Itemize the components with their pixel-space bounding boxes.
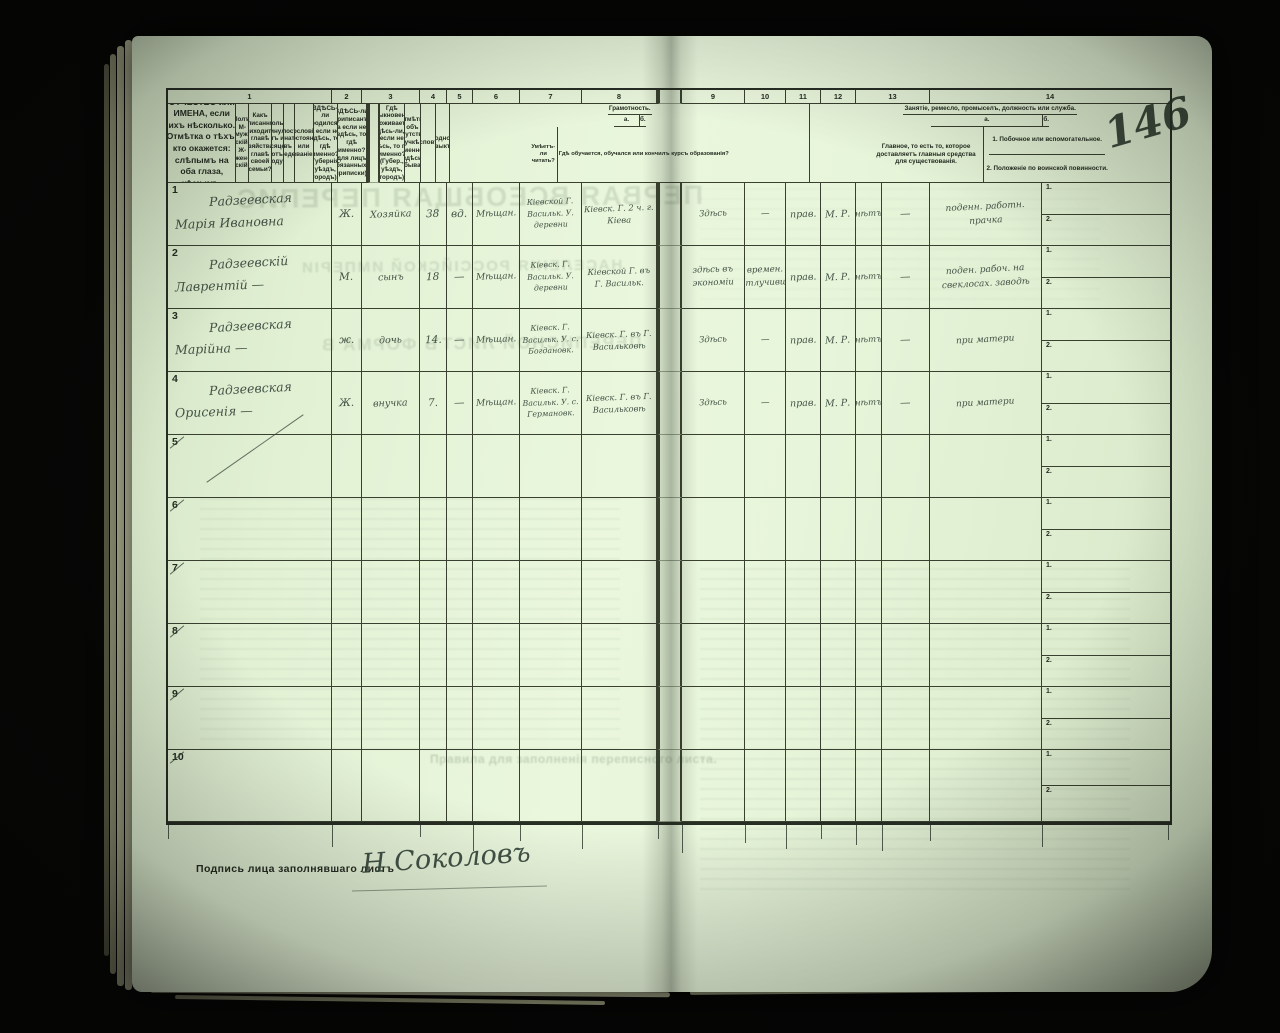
age-cell: 7. [420,372,447,435]
residence-cell [682,687,745,750]
registration-cell: Кіевск. Г. въ Г. Васильковѣ [582,309,658,372]
given-name: Марія Ивановна [175,213,284,232]
side-label-1: 1. [1046,751,1052,758]
row-number: 2 [172,247,178,259]
column-tick [168,825,169,839]
occupation-b-label: б. [1043,115,1049,126]
sex-cell: Ж. [332,183,362,246]
side-label-1: 1. [1046,436,1052,443]
literacy-school-cell: — [882,246,930,309]
estate-cell [473,687,520,750]
column-tick [582,825,583,849]
birthplace-cell [520,498,582,561]
literacy-read-cell [856,561,882,624]
name-cell: 1 Радзеевская Марія Ивановна [168,183,332,246]
header-name-column: ФАМИЛІЯ (прозвище), ИМЯ и ОТЧЕСТВО или И… [168,104,236,183]
given-name: Орисенія — [175,403,253,421]
marital-cell [447,624,473,687]
registration-cell [582,498,658,561]
column-tick [821,825,822,839]
residence-cell [682,435,745,498]
column-number: 1 [168,90,332,104]
occupation-main-cell [930,498,1042,561]
column-number: 11 [786,90,821,104]
name-cell: 6 [168,498,332,561]
header-sex-column: Полъ. М-муж-скій. Ж-жен-скій. [236,104,249,183]
absence-cell [745,750,786,822]
registration-cell: Кіевск. Г. въ Г. Васильковѣ [582,372,658,435]
religion-cell: прав. [786,246,821,309]
side-label-2: 2. [1046,468,1052,475]
religion-cell [786,435,821,498]
literacy-school-cell [882,498,930,561]
literacy-read-cell [856,498,882,561]
registration-cell: Кіевск. Г. 2 ч. г. Кіева [582,183,658,246]
table-row: 6 1. 2. [168,498,1170,561]
column-tick [658,825,659,839]
table-row: 7 1. 2. [168,561,1170,624]
column-number-row: 1 2 3 4 5 6 7 8 9 10 11 12 13 14 [168,90,1170,104]
fold-gap [658,309,682,372]
estate-cell: Мѣщан. [473,183,520,246]
marital-cell [447,435,473,498]
absence-cell: — [745,309,786,372]
side-label-1: 1. [1046,247,1052,254]
column-tick [882,825,883,851]
language-cell [821,687,856,750]
relation-cell: сынъ [362,246,420,309]
occupation-main-cell [930,687,1042,750]
occupation-side-cell: 1. 2. [1042,687,1170,750]
relation-cell [362,435,420,498]
literacy-title: Грамотность. [608,104,652,115]
surname: Радзеевскій [209,253,289,272]
fold-gap [658,750,682,822]
literacy-school-cell [882,435,930,498]
language-cell: М. Р. [821,309,856,372]
side-label-2: 2. [1046,342,1052,349]
marital-cell: вд. [447,183,473,246]
language-cell [821,435,856,498]
literacy-school-cell: — [882,309,930,372]
religion-cell [786,624,821,687]
table-row: 2 Радзеевскій Лаврентій — М. сынъ 18 — М… [168,246,1170,309]
relation-cell: внучка [362,372,420,435]
literacy-b-label: б. [640,115,646,126]
literacy-read-cell: нѣтъ [856,183,882,246]
residence-cell [682,561,745,624]
table-row: 8 1. 2. [168,624,1170,687]
residence-cell [682,750,745,822]
side-label-2: 2. [1046,720,1052,727]
table-rows: 1 Радзеевская Марія Ивановна Ж. Хозяйка … [168,183,1170,822]
name-cell: 5 [168,435,332,498]
name-cell: 4 Радзеевская Орисенія — [168,372,332,435]
birthplace-cell: Кіевск. Г. Васильк. У. с. Германовк. [520,372,582,435]
religion-cell: прав. [786,309,821,372]
page-stack-edge [117,46,124,986]
marital-cell: — [447,309,473,372]
header-registration-column: ЗДѢСЬ-ли приписанъ, а если не здѣсь, то … [338,104,368,183]
birthplace-cell [520,561,582,624]
registration-cell [582,750,658,822]
literacy-read-cell: нѣтъ [856,246,882,309]
occupation-side-cell: 1. 2. [1042,372,1170,435]
registration-cell [582,561,658,624]
birthplace-cell [520,435,582,498]
column-tick [745,825,746,843]
occupation-main-cell [930,561,1042,624]
name-cell: 3 Радзеевская Марійна — [168,309,332,372]
absence-cell [745,498,786,561]
column-tick [786,825,787,849]
column-number: 7 [520,90,582,104]
column-tick [682,825,683,853]
name-cell: 9 [168,687,332,750]
absence-cell: — [745,372,786,435]
registration-cell: Кіевской Г. въ Г. Васильк. [582,246,658,309]
language-cell [821,561,856,624]
header-literacy-column: Грамотность. а. б. Умѣетъ-ли читать? Гдѣ… [450,104,810,183]
marital-cell: — [447,372,473,435]
relation-cell [362,561,420,624]
side-label-2: 2. [1046,405,1052,412]
column-tick [930,825,931,841]
given-name: Лаврентій — [175,276,265,294]
side-label-1: 1. [1046,562,1052,569]
sex-cell [332,750,362,822]
table-row: 10 1. 2. [168,750,1170,822]
language-cell [821,498,856,561]
relation-cell: дочь [362,309,420,372]
side-label-1: 1. [1046,184,1052,191]
religion-cell [786,498,821,561]
column-number: 8 [582,90,658,104]
row-number: 6 [172,499,178,511]
occupation-main-cell: при матери [930,372,1042,435]
column-tick [420,825,421,837]
literacy-school-cell [882,624,930,687]
occupation-main-cell: поденн. работн. прачка [930,183,1042,246]
language-cell: М. Р. [821,372,856,435]
surname: Радзеевская [209,190,293,209]
table-row: 4 Радзеевская Орисенія — Ж. внучка 7. — … [168,372,1170,435]
row-number: 8 [172,625,178,637]
side-label-2: 2. [1046,594,1052,601]
literacy-school-cell: — [882,372,930,435]
literacy-school-cell [882,561,930,624]
religion-cell: прав. [786,183,821,246]
marital-cell [447,750,473,822]
language-cell [821,750,856,822]
table-row: 5 1. 2. [168,435,1170,498]
occupation-title: Занятіе, ремесло, промыселъ, должность и… [903,104,1076,115]
page-stack-edge [104,64,109,956]
relation-cell: Хозяйка [362,183,420,246]
age-cell [420,498,447,561]
side-label-2: 2. [1046,216,1052,223]
header-marital-column: Холостъ, женатъ, вдовъ или разведенъ? [284,104,295,183]
literacy-a-label: а. [614,115,640,126]
age-cell [420,435,447,498]
age-cell: 14. [420,309,447,372]
occupation-main-cell [930,750,1042,822]
occupation-main-cell [930,435,1042,498]
fold-gap [658,372,682,435]
sex-cell: Ж. [332,372,362,435]
given-name: Марійна — [175,340,248,358]
column-line-overruns [168,825,1170,855]
relation-cell [362,687,420,750]
relation-cell [362,750,420,822]
column-number: 4 [420,90,447,104]
fold-gap [658,687,682,750]
name-cell: 8 [168,624,332,687]
absence-cell [745,435,786,498]
residence-cell [682,498,745,561]
birthplace-cell [520,687,582,750]
occupation-side-cell: 1. 2. [1042,246,1170,309]
estate-cell [473,435,520,498]
sex-cell [332,561,362,624]
fold-gap [658,90,682,104]
estate-cell [473,498,520,561]
side-label-1: 1. [1046,499,1052,506]
literacy-read-cell [856,624,882,687]
page-stack-edge [125,40,132,990]
estate-cell: Мѣщан. [473,309,520,372]
birthplace-cell [520,750,582,822]
occupation-side-cell: 1. 2. [1042,561,1170,624]
age-cell [420,687,447,750]
residence-cell: Здѣсь [682,183,745,246]
table-row: 3 Радзеевская Марійна — ж. дочь 14. — Мѣ… [168,309,1170,372]
header-residence-column: Гдѣ обыкновенно проживаетъ: здѣсь-ли, а … [380,104,405,183]
age-cell [420,624,447,687]
literacy-a-desc: Умѣетъ-ли читать? [530,127,558,182]
row-number: 10 [172,751,184,763]
occupation-side-cell: 1. 2. [1042,309,1170,372]
occupation-side-cell: 1. 2. [1042,498,1170,561]
residence-cell: Здѣсь [682,309,745,372]
header-age-column: Сколько минуло лѣтъ или мѣсяцевъ отъ род… [272,104,284,183]
side-label-2: 2. [1046,279,1052,286]
header-relation-column: Какъ записанный приходится главѣ хозяйст… [249,104,272,183]
registration-cell [582,687,658,750]
sex-cell [332,498,362,561]
literacy-read-cell: нѣтъ [856,372,882,435]
residence-cell: Здѣсь [682,372,745,435]
fold-gap [658,246,682,309]
relation-cell [362,624,420,687]
occupation-side-cell: 1. 2. [1042,435,1170,498]
literacy-b-desc: Гдѣ обучается, обучался или кончилъ курс… [558,127,730,182]
sex-cell: М. [332,246,362,309]
side-label-1: 1. [1046,625,1052,632]
occupation-b2-desc: 2. Положеніе по воинской повинности. [984,155,1111,182]
column-tick [1168,825,1169,840]
column-tick [856,825,857,845]
header-birthplace-column: ЗДѢСЬ-ли родился, а если не здѣсь, то гд… [314,104,338,183]
marital-cell [447,687,473,750]
fold-gap [368,104,380,183]
literacy-school-cell [882,750,930,822]
occupation-side-cell: 1. 2. [1042,624,1170,687]
language-cell [821,624,856,687]
row-number: 4 [172,373,178,385]
side-label-1: 1. [1046,688,1052,695]
age-cell: 38 [420,183,447,246]
literacy-school-cell [882,687,930,750]
name-cell: 10 [168,750,332,822]
absence-cell: времен. отлучивш. [745,246,786,309]
occupation-side-cell: 1. 2. [1042,750,1170,822]
birthplace-cell: Кіевской Г. Васильк. У. деревни [520,183,582,246]
header-religion-column: Вѣроисповѣданіе. [421,104,435,183]
absence-cell [745,624,786,687]
religion-cell [786,561,821,624]
registration-cell [582,624,658,687]
estate-cell: Мѣщан. [473,372,520,435]
birthplace-cell: Кіевск. Г. Васильк. У. с. Богдановк. [520,309,582,372]
row-number: 9 [172,688,178,700]
literacy-read-cell: нѣтъ [856,309,882,372]
side-label-2: 2. [1046,531,1052,538]
sex-cell [332,624,362,687]
residence-cell [682,624,745,687]
birthplace-cell [520,624,582,687]
side-label-1: 1. [1046,310,1052,317]
literacy-school-cell: — [882,183,930,246]
side-label-2: 2. [1046,787,1052,794]
religion-cell: прав. [786,372,821,435]
table-row: 9 1. 2. [168,687,1170,750]
absence-cell [745,687,786,750]
column-number: 13 [856,90,930,104]
row-number: 5 [172,436,178,448]
census-table: 1 2 3 4 5 6 7 8 9 10 11 12 13 14 ФАМИЛІЯ… [166,88,1172,825]
occupation-a-label: а. [931,115,1043,126]
fold-gap [658,498,682,561]
occupation-a-desc: Главное, то есть то, которое доставляетъ… [870,127,984,182]
literacy-read-cell [856,750,882,822]
occupation-main-cell [930,624,1042,687]
table-header-row: ФАМИЛІЯ (прозвище), ИМЯ и ОТЧЕСТВО или И… [168,104,1170,183]
column-number: 10 [745,90,786,104]
literacy-read-cell [856,435,882,498]
marital-cell: — [447,246,473,309]
absence-cell [745,561,786,624]
language-cell: М. Р. [821,183,856,246]
estate-cell [473,624,520,687]
language-cell: М. Р. [821,246,856,309]
column-number: 9 [682,90,745,104]
column-tick [1042,825,1043,847]
literacy-read-cell [856,687,882,750]
birthplace-cell: Кіевск. Г. Васильк. У. деревни [520,246,582,309]
header-absence-column: Отмѣтка объ отсутствіи, отлучкѣ и о врем… [405,104,422,183]
occupation-b-desc: 1. Побочное или вспомогательное. 2. Поло… [984,127,1111,182]
surname: Радзеевская [209,316,293,335]
side-label-2: 2. [1046,657,1052,664]
registration-cell [582,435,658,498]
name-cell: 2 Радзеевскій Лаврентій — [168,246,332,309]
column-number: 2 [332,90,362,104]
table-row: 1 Радзеевская Марія Ивановна Ж. Хозяйка … [168,183,1170,246]
page-stack-edge [110,54,116,974]
absence-cell: — [745,183,786,246]
row-number: 3 [172,310,178,322]
row-number: 1 [172,184,178,196]
residence-cell: здѣсь въ экономіи [682,246,745,309]
page-stack-edge [175,995,605,1005]
age-cell [420,561,447,624]
fold-gap [658,183,682,246]
column-number: 5 [447,90,473,104]
fold-gap [658,435,682,498]
side-label-1: 1. [1046,373,1052,380]
column-number: 3 [362,90,420,104]
estate-cell: Мѣщан. [473,246,520,309]
religion-cell [786,687,821,750]
header-estate-column: Сословіе, состояніе или званіе. [295,104,314,183]
relation-cell [362,498,420,561]
census-sheet-photo: ПЕРВАЯ ВСЕОБЩАЯ ПЕРЕПИС НАСЕЛЕНІЯ РОССІЙ… [0,0,1280,1033]
religion-cell [786,750,821,822]
marital-cell [447,561,473,624]
name-cell: 7 [168,561,332,624]
surname: Радзеевская [209,379,293,398]
row-number: 7 [172,562,178,574]
estate-cell [473,561,520,624]
sex-cell [332,687,362,750]
occupation-main-cell: поден. рабоч. на свеклосах. заводѣ [930,246,1042,309]
occupation-side-cell: 1. 2. [1042,183,1170,246]
header-language-column: Родной языкъ. [436,104,450,183]
fold-gap [658,624,682,687]
age-cell: 18 [420,246,447,309]
column-number: 12 [821,90,856,104]
estate-cell [473,750,520,822]
sex-cell: ж. [332,309,362,372]
occupation-b1-desc: 1. Побочное или вспомогательное. [989,127,1105,155]
age-cell [420,750,447,822]
fold-gap [658,561,682,624]
occupation-main-cell: при матери [930,309,1042,372]
column-number: 6 [473,90,520,104]
sex-cell [332,435,362,498]
marital-cell [447,498,473,561]
column-tick [332,825,333,847]
